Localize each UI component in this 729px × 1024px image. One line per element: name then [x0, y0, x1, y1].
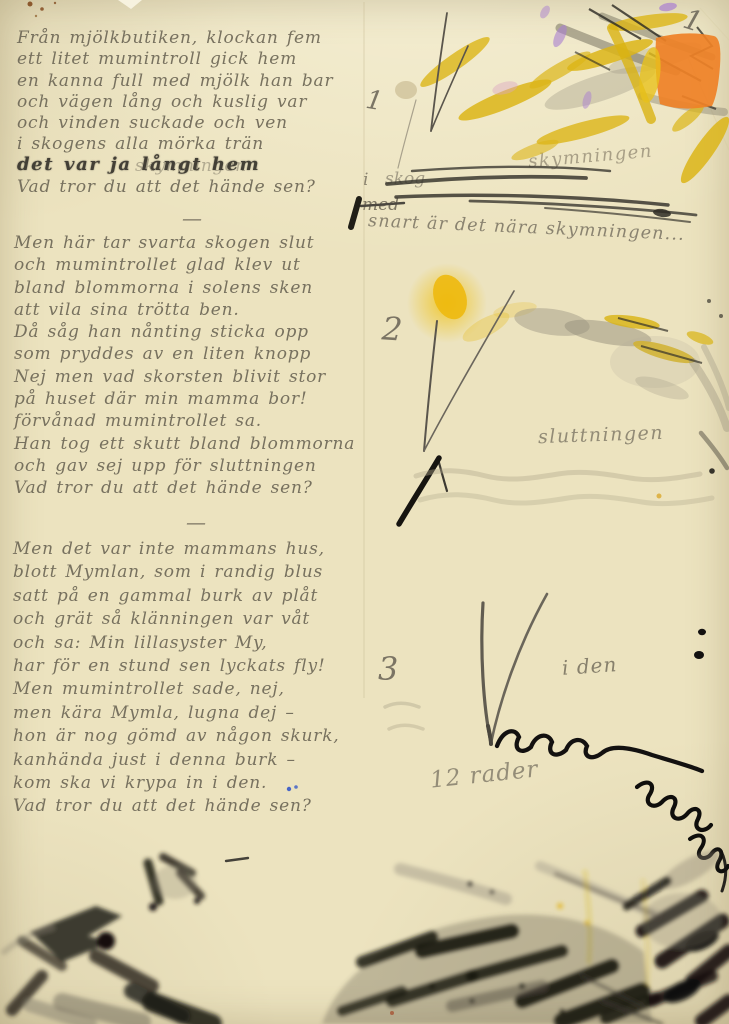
poem-line: satt på en gammal burk av plåt: [13, 585, 340, 608]
poem-line: Då såg han nånting sticka opp: [14, 321, 355, 343]
poem-line: och gav sej upp för sluttningen: [14, 455, 355, 477]
poem-line: och mumintrollet glad klev ut: [14, 254, 355, 276]
poem-line: förvånad mumintrollet sa.: [14, 410, 355, 432]
pencil-check-1: [398, 13, 468, 168]
stanza-1: Från mjölkbutiken, klockan fem ett litet…: [17, 28, 333, 198]
annotation-12-rader: 12 rader: [429, 756, 540, 793]
poem-line: och vägen lång och kuslig var: [17, 92, 333, 113]
stanza-separator: —: [182, 206, 202, 230]
poem-line: bland blommorna i solens sken: [14, 277, 355, 299]
sketch-number-2: 2: [381, 309, 404, 348]
poem-line: Men här tar svarta skogen slut: [14, 232, 355, 254]
poem-line: Från mjölkbutiken, klockan fem: [17, 28, 333, 49]
annotation-i-den: i den: [561, 652, 618, 680]
sketch-number-corner: 1: [679, 2, 706, 39]
poem-line: och vinden suckade och ven: [17, 113, 333, 134]
poem-line: ett litet mumintroll gick hem: [17, 49, 333, 70]
sketch-number-1: 1: [364, 85, 386, 117]
poem-line: i skogens alla mörka trän: [17, 134, 333, 155]
poem-line: Men det var inte mammans hus,: [13, 538, 340, 561]
annotation-i: i: [363, 170, 368, 190]
struck-word-skog: skog: [385, 169, 425, 189]
poem-refrain: Vad tror du att det hände sen?: [14, 477, 355, 499]
erased-squiggles: [385, 471, 712, 729]
pencil-dash: [226, 858, 248, 861]
stanza-2: Men här tar svarta skogen slut och mumin…: [14, 232, 355, 500]
poem-line: Han tog ett skutt bland blommorna: [14, 433, 355, 455]
poem-refrain: Vad tror du att det hände sen?: [13, 795, 340, 818]
bottom-charcoal: [4, 844, 729, 1024]
poem-line: att vila sina trötta ben.: [14, 299, 355, 321]
poem-line: och sa: Min lillasyster My,: [13, 632, 340, 655]
poem-line: hon är nog gömd av någon skurk,: [13, 725, 340, 748]
struck-word-skymningen: skymningen: [527, 141, 653, 173]
poem-line: på huset där min mamma bor!: [14, 388, 355, 410]
poem-line: en kanna full med mjölk han bar: [17, 71, 333, 92]
stanza-separator: —: [186, 510, 206, 534]
yellow-comet: [407, 263, 538, 347]
poem-line: kanhända just i denna burk –: [13, 749, 340, 772]
poem-line: Nej men vad skorsten blivit stor: [14, 366, 355, 388]
ink-slash: [399, 458, 439, 524]
pencil-check-3: [482, 594, 702, 771]
poem-line: och grät så klänningen var våt: [13, 608, 340, 631]
annotation-snart-line: snart är det nära skymningen...: [368, 211, 686, 245]
pencil-check-2: [424, 291, 514, 491]
zigzag-squiggles: [637, 783, 728, 891]
annotation-sluttningen: sluttningen: [538, 422, 665, 448]
stanza-3: Men det var inte mammans hus, blott Myml…: [13, 538, 340, 819]
overwritten-line: skymningen det var ja långt hem: [17, 156, 333, 177]
poem-line: blott Mymlan, som i randig blus: [13, 561, 340, 584]
poem-line: Men mumintrollet sade, nej,: [13, 678, 340, 701]
poem-line: som pryddes av en liten knopp: [14, 343, 355, 365]
orange-swatch: [656, 33, 721, 108]
poem-line: har för en stund sen lyckats fly!: [13, 655, 340, 678]
poem-line: kom ska vi krypa in i den.: [13, 772, 340, 795]
poem-refrain: Vad tror du att det hände sen?: [17, 177, 333, 198]
manuscript-page: Från mjölkbutiken, klockan fem ett litet…: [0, 0, 729, 1024]
sketch-number-3: 3: [378, 650, 398, 688]
poem-line: men kära Mymla, lugna dej –: [13, 702, 340, 725]
bold-overwrite-text: det var ja långt hem: [17, 154, 260, 175]
